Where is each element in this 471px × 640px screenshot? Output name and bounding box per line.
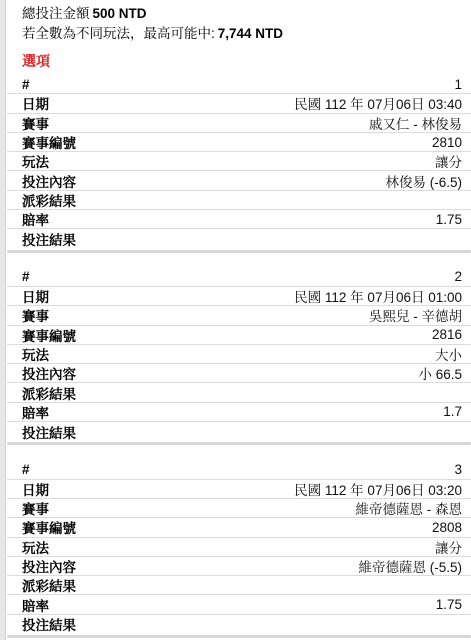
options-heading: 選項 (7, 51, 471, 71)
row-value: 3 (454, 462, 462, 477)
row-label: 派彩結果 (22, 383, 76, 403)
row-value: 讓分 (435, 151, 462, 171)
row-value: 2816 (432, 327, 462, 342)
row-label: 投注結果 (22, 422, 76, 442)
table-row: #1 (7, 75, 471, 94)
row-label: 賠率 (22, 402, 49, 422)
row-label: 日期 (22, 479, 49, 499)
table-row: 賽事編號2808 (7, 518, 471, 537)
max-win-line: 若全數為不同玩法，最高可能中:7,744 NTD (22, 24, 462, 44)
row-label: 賽事 (22, 113, 49, 133)
page-edge-strip (0, 0, 6, 640)
table-row: 投注結果 (7, 229, 471, 248)
section-divider (7, 635, 471, 638)
row-value: 戚又仁 - 林俊易 (369, 113, 462, 133)
row-value: 民國 112 年 07月06日 03:20 (294, 479, 462, 499)
max-win-label: 若全數為不同玩法，最高可能中: (22, 26, 215, 41)
row-value: 民國 112 年 07月06日 01:00 (294, 286, 462, 306)
table-row: 投注結果 (7, 422, 471, 441)
table-row: 派彩結果 (7, 576, 471, 595)
row-value: 吳熙兒 - 辛德胡 (369, 305, 462, 325)
table-row: 投注內容林俊易 (-6.5) (7, 171, 471, 190)
row-value: 1.75 (436, 597, 462, 612)
row-label: 日期 (22, 286, 49, 306)
row-label: 投注結果 (22, 229, 76, 249)
row-label: 賽事編號 (22, 517, 76, 537)
row-value: 1.7 (443, 404, 462, 419)
row-value: 林俊易 (-6.5) (385, 171, 462, 191)
row-value: 2 (454, 269, 462, 284)
total-amount-value: 500 NTD (93, 6, 147, 21)
table-row: 賽事吳熙兒 - 辛德胡 (7, 306, 471, 325)
table-row: #3 (7, 460, 471, 479)
row-label: 賠率 (22, 595, 49, 615)
table-row: 玩法讓分 (7, 538, 471, 557)
row-label: 投注內容 (22, 363, 76, 383)
table-row: 派彩結果 (7, 383, 471, 402)
bet-card-3: #3 日期民國 112 年 07月06日 03:20 賽事維帝德薩恩 - 森恩 … (7, 460, 471, 638)
row-label: 賠率 (22, 209, 49, 229)
row-value: 民國 112 年 07月06日 03:40 (294, 93, 462, 113)
row-label: # (22, 77, 30, 92)
row-value: 2808 (432, 520, 462, 535)
table-row: 賽事編號2816 (7, 326, 471, 345)
table-row: 賽事編號2810 (7, 133, 471, 152)
table-row: 日期民國 112 年 07月06日 03:20 (7, 480, 471, 499)
table-row: 賠率1.7 (7, 403, 471, 422)
table-row: 投注內容維帝德薩恩 (-5.5) (7, 557, 471, 576)
row-label: 賽事編號 (22, 325, 76, 345)
row-label: 日期 (22, 93, 49, 113)
row-value: 小 66.5 (418, 363, 462, 383)
row-value: 1 (454, 77, 462, 92)
row-value: 2810 (432, 135, 462, 150)
row-label: 投注內容 (22, 556, 76, 576)
bet-card-2: #2 日期民國 112 年 07月06日 01:00 賽事吳熙兒 - 辛德胡 賽… (7, 268, 471, 446)
row-label: 賽事編號 (22, 132, 76, 152)
summary-header: 總投注金額500 NTD 若全數為不同玩法，最高可能中:7,744 NTD (7, 0, 471, 44)
row-value: 維帝德薩恩 - 森恩 (356, 498, 463, 518)
row-label: 玩法 (22, 344, 49, 364)
total-amount-label: 總投注金額 (22, 6, 90, 21)
row-value: 維帝德薩恩 (-5.5) (358, 556, 462, 576)
table-row: #2 (7, 268, 471, 287)
table-row: 賠率1.75 (7, 210, 471, 229)
table-row: 賽事維帝德薩恩 - 森恩 (7, 499, 471, 518)
row-label: 玩法 (22, 151, 49, 171)
table-row: 玩法讓分 (7, 152, 471, 171)
row-label: # (22, 462, 30, 477)
bet-details-page: 總投注金額500 NTD 若全數為不同玩法，最高可能中:7,744 NTD 選項… (7, 0, 471, 638)
row-label: 派彩結果 (22, 190, 76, 210)
row-label: 賽事 (22, 498, 49, 518)
row-label: 賽事 (22, 305, 49, 325)
table-row: 投注結果 (7, 615, 471, 634)
row-label: # (22, 269, 30, 284)
table-row: 玩法大小 (7, 345, 471, 364)
row-value: 讓分 (435, 537, 462, 557)
row-label: 投注內容 (22, 171, 76, 191)
row-label: 投注結果 (22, 614, 76, 634)
table-row: 日期民國 112 年 07月06日 01:00 (7, 287, 471, 306)
row-value: 大小 (435, 344, 462, 364)
row-value: 1.75 (436, 212, 462, 227)
row-label: 玩法 (22, 537, 49, 557)
table-row: 派彩結果 (7, 191, 471, 210)
section-divider (7, 442, 471, 445)
table-row: 日期民國 112 年 07月06日 03:40 (7, 94, 471, 113)
row-label: 派彩結果 (22, 575, 76, 595)
table-row: 賽事戚又仁 - 林俊易 (7, 114, 471, 133)
total-amount-line: 總投注金額500 NTD (22, 4, 462, 24)
table-row: 賠率1.75 (7, 595, 471, 614)
bet-card-1: #1 日期民國 112 年 07月06日 03:40 賽事戚又仁 - 林俊易 賽… (7, 75, 471, 253)
table-row: 投注內容小 66.5 (7, 364, 471, 383)
max-win-value: 7,744 NTD (218, 26, 283, 41)
section-divider (7, 250, 471, 253)
